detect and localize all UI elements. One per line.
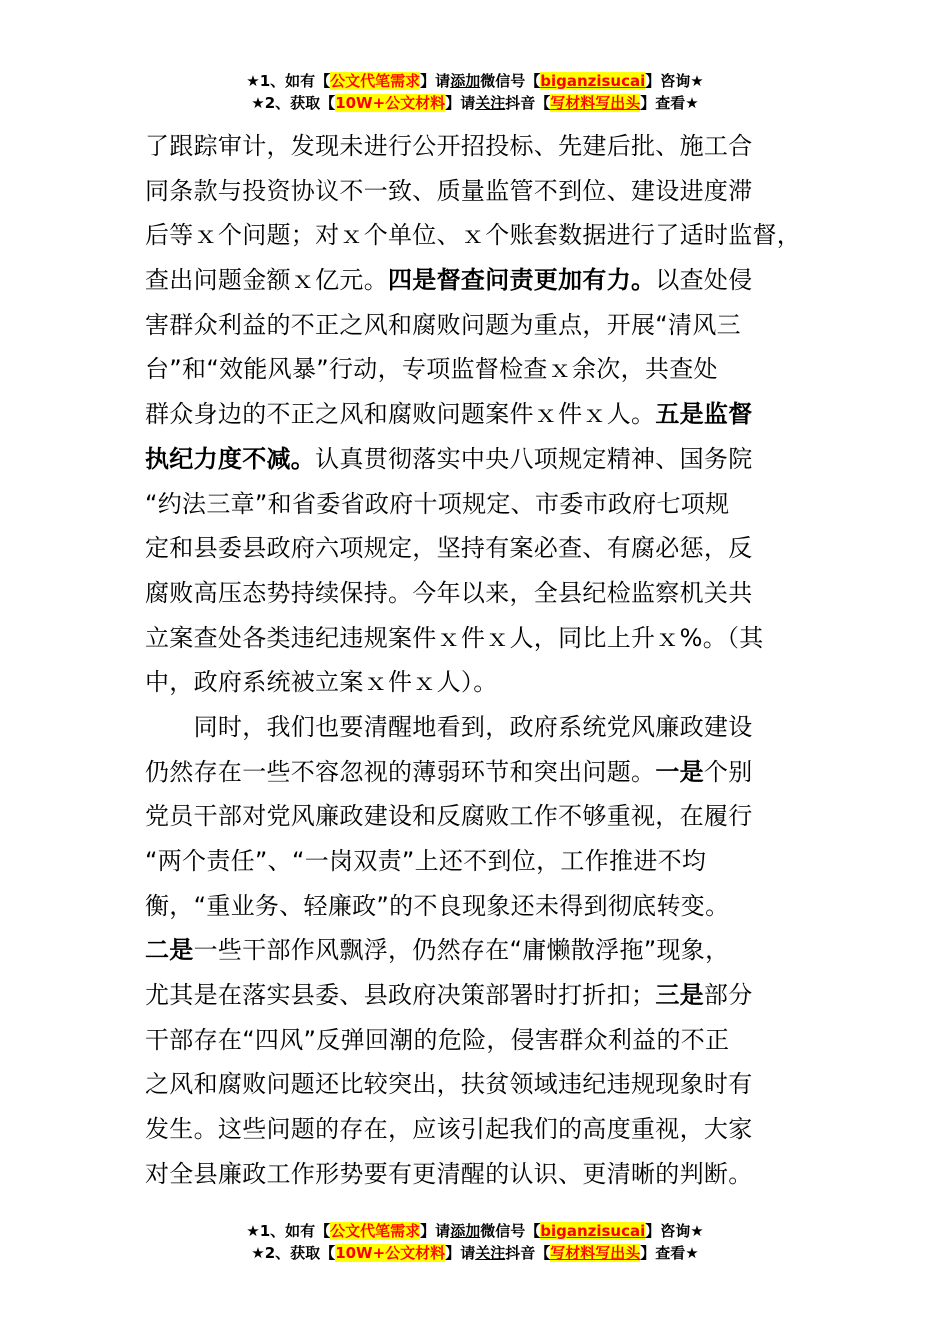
- promo-text: 】请: [420, 72, 450, 90]
- promo-line-2: ★2、获取【10W+公文材料】请关注抖音【写材料写出头】查看★: [0, 1242, 950, 1264]
- body-text: 仍然存在一些不容忽视的薄弱环节和突出问题。: [145, 758, 655, 786]
- body-text: 腐败高压态势持续保持。今年以来，全县纪检监察机关共: [145, 579, 753, 607]
- promo-highlight: 10W+公文材料: [335, 94, 445, 112]
- promo-text: 】请: [445, 1244, 475, 1262]
- body-text: 查出问题金额ｘ亿元。: [145, 266, 388, 294]
- text-line: 干部存在“四风”反弹回潮的危险，侵害群众利益的不正: [145, 1018, 835, 1063]
- promo-text: 微信号【: [480, 1222, 540, 1240]
- text-line: 仍然存在一些不容忽视的薄弱环节和突出问题。一是个别: [145, 750, 835, 795]
- footer-promo-banner: ★1、如有【公文代笔需求】请添加微信号【biganzisucai】咨询★ ★2、…: [0, 1220, 950, 1264]
- promo-douyin-id: 写材料写出头: [550, 94, 640, 112]
- text-line: 同时，我们也要清醒地看到，政府系统党风廉政建设: [145, 705, 835, 750]
- body-text: 以查处侵: [655, 266, 752, 294]
- promo-highlight: 公文代笔需求: [330, 1222, 420, 1240]
- body-text: 后等ｘ个问题；对ｘ个单位、ｘ个账套数据进行了适时监督，: [145, 221, 801, 249]
- body-text: 中，政府系统被立案ｘ件ｘ人）。: [145, 668, 498, 696]
- body-text: 同时，我们也要清醒地看到，政府系统党风廉政建设: [145, 713, 753, 741]
- promo-text: ★2、获取【: [251, 94, 335, 112]
- promo-underlined: 关注: [475, 1244, 505, 1262]
- text-line: 发生。这些问题的存在，应该引起我们的高度重视，大家: [145, 1107, 835, 1152]
- text-line: 尤其是在落实县委、县政府决策部署时打折扣；三是部分: [145, 973, 835, 1018]
- promo-line-2: ★2、获取【10W+公文材料】请关注抖音【写材料写出头】查看★: [0, 92, 950, 114]
- text-line: 衡，“重业务、轻廉政”的不良现象还未得到彻底转变。: [145, 884, 835, 929]
- promo-underlined: 关注: [475, 94, 505, 112]
- body-text: 认真贯彻落实中央八项规定精神、国务院: [315, 445, 752, 473]
- bold-heading: 四是督查问责更加有力。: [388, 266, 655, 294]
- body-text: 部分: [704, 981, 753, 1009]
- text-line: “两个责任”、“一岗双责”上还不到位，工作推进不均: [145, 839, 835, 884]
- text-line: 害群众利益的不正之风和腐败问题为重点，开展“清风三: [145, 303, 835, 348]
- document-body: 了跟踪审计，发现未进行公开招投标、先建后批、施工合同条款与投资协议不一致、质量监…: [145, 124, 835, 1197]
- promo-text: 微信号【: [480, 72, 540, 90]
- body-text: 一些干部作风飘浮，仍然存在“庸懒散浮拖”现象，: [194, 936, 730, 964]
- body-text: 之风和腐败问题还比较突出，扶贫领域违纪违规现象时有: [145, 1070, 753, 1098]
- text-line: 查出问题金额ｘ亿元。四是督查问责更加有力。以查处侵: [145, 258, 835, 303]
- bold-heading: 五是监督: [655, 400, 752, 428]
- promo-text: 】查看★: [640, 1244, 698, 1262]
- promo-highlight: 公文代笔需求: [330, 72, 420, 90]
- body-text: 对全县廉政工作形势要有更清醒的认识、更清晰的判断。: [145, 1160, 753, 1188]
- bold-heading: 三是: [655, 981, 704, 1009]
- text-line: 群众身边的不正之风和腐败问题案件ｘ件ｘ人。五是监督: [145, 392, 835, 437]
- bold-heading: 一是: [655, 758, 704, 786]
- promo-line-1: ★1、如有【公文代笔需求】请添加微信号【biganzisucai】咨询★: [0, 70, 950, 92]
- text-line: 同条款与投资协议不一致、质量监管不到位、建设进度滞: [145, 169, 835, 214]
- promo-underlined: 添加: [450, 1222, 480, 1240]
- promo-douyin-id: 写材料写出头: [550, 1244, 640, 1262]
- text-line: 了跟踪审计，发现未进行公开招投标、先建后批、施工合: [145, 124, 835, 169]
- promo-text: 】请: [445, 94, 475, 112]
- text-line: 定和县委县政府六项规定，坚持有案必查、有腐必惩，反: [145, 526, 835, 571]
- body-text: 党员干部对党风廉政建设和反腐败工作不够重视，在履行: [145, 802, 753, 830]
- body-text: 了跟踪审计，发现未进行公开招投标、先建后批、施工合: [145, 132, 753, 160]
- promo-text: 抖音【: [505, 94, 550, 112]
- body-text: 群众身边的不正之风和腐败问题案件ｘ件ｘ人。: [145, 400, 655, 428]
- text-line: 之风和腐败问题还比较突出，扶贫领域违纪违规现象时有: [145, 1062, 835, 1107]
- body-text: 个别: [704, 758, 753, 786]
- promo-text: 】查看★: [640, 94, 698, 112]
- text-line: 立案查处各类违纪违规案件ｘ件ｘ人，同比上升ｘ%。（其: [145, 616, 835, 661]
- text-line: 台”和“效能风暴”行动，专项监督检查ｘ余次，共查处: [145, 347, 835, 392]
- promo-text: 】咨询★: [645, 72, 703, 90]
- text-line: 党员干部对党风廉政建设和反腐败工作不够重视，在履行: [145, 794, 835, 839]
- promo-text: 】咨询★: [645, 1222, 703, 1240]
- body-text: 台”和“效能风暴”行动，专项监督检查ｘ余次，共查处: [145, 355, 718, 383]
- body-text: “两个责任”、“一岗双责”上还不到位，工作推进不均: [145, 847, 706, 875]
- promo-text: 】请: [420, 1222, 450, 1240]
- text-line: 执纪力度不减。认真贯彻落实中央八项规定精神、国务院: [145, 437, 835, 482]
- bold-heading: 执纪力度不减。: [145, 445, 315, 473]
- body-text: 害群众利益的不正之风和腐败问题为重点，开展“清风三: [145, 311, 741, 339]
- text-line: 二是一些干部作风飘浮，仍然存在“庸懒散浮拖”现象，: [145, 928, 835, 973]
- promo-text: ★1、如有【: [246, 72, 330, 90]
- body-text: 发生。这些问题的存在，应该引起我们的高度重视，大家: [145, 1115, 753, 1143]
- body-text: 衡，“重业务、轻廉政”的不良现象还未得到彻底转变。: [145, 892, 729, 920]
- text-line: 腐败高压态势持续保持。今年以来，全县纪检监察机关共: [145, 571, 835, 616]
- text-line: 对全县廉政工作形势要有更清醒的认识、更清晰的判断。: [145, 1152, 835, 1197]
- promo-underlined: 添加: [450, 72, 480, 90]
- promo-text: 抖音【: [505, 1244, 550, 1262]
- promo-highlight: 10W+公文材料: [335, 1244, 445, 1262]
- text-line: “约法三章”和省委省政府十项规定、市委市政府七项规: [145, 482, 835, 527]
- text-line: 中，政府系统被立案ｘ件ｘ人）。: [145, 660, 835, 705]
- body-text: 同条款与投资协议不一致、质量监管不到位、建设进度滞: [145, 177, 753, 205]
- body-text: 立案查处各类违纪违规案件ｘ件ｘ人，同比上升ｘ%。（其: [145, 624, 764, 652]
- text-line: 后等ｘ个问题；对ｘ个单位、ｘ个账套数据进行了适时监督，: [145, 213, 835, 258]
- promo-wechat-id: biganzisucai: [540, 72, 645, 90]
- promo-text: ★1、如有【: [246, 1222, 330, 1240]
- promo-wechat-id: biganzisucai: [540, 1222, 645, 1240]
- body-text: 定和县委县政府六项规定，坚持有案必查、有腐必惩，反: [145, 534, 753, 562]
- promo-line-1: ★1、如有【公文代笔需求】请添加微信号【biganzisucai】咨询★: [0, 1220, 950, 1242]
- body-text: “约法三章”和省委省政府十项规定、市委市政府七项规: [145, 490, 729, 518]
- header-promo-banner: ★1、如有【公文代笔需求】请添加微信号【biganzisucai】咨询★ ★2、…: [0, 70, 950, 114]
- body-text: 尤其是在落实县委、县政府决策部署时打折扣；: [145, 981, 655, 1009]
- body-text: 干部存在“四风”反弹回潮的危险，侵害群众利益的不正: [145, 1026, 729, 1054]
- bold-heading: 二是: [145, 936, 194, 964]
- promo-text: ★2、获取【: [251, 1244, 335, 1262]
